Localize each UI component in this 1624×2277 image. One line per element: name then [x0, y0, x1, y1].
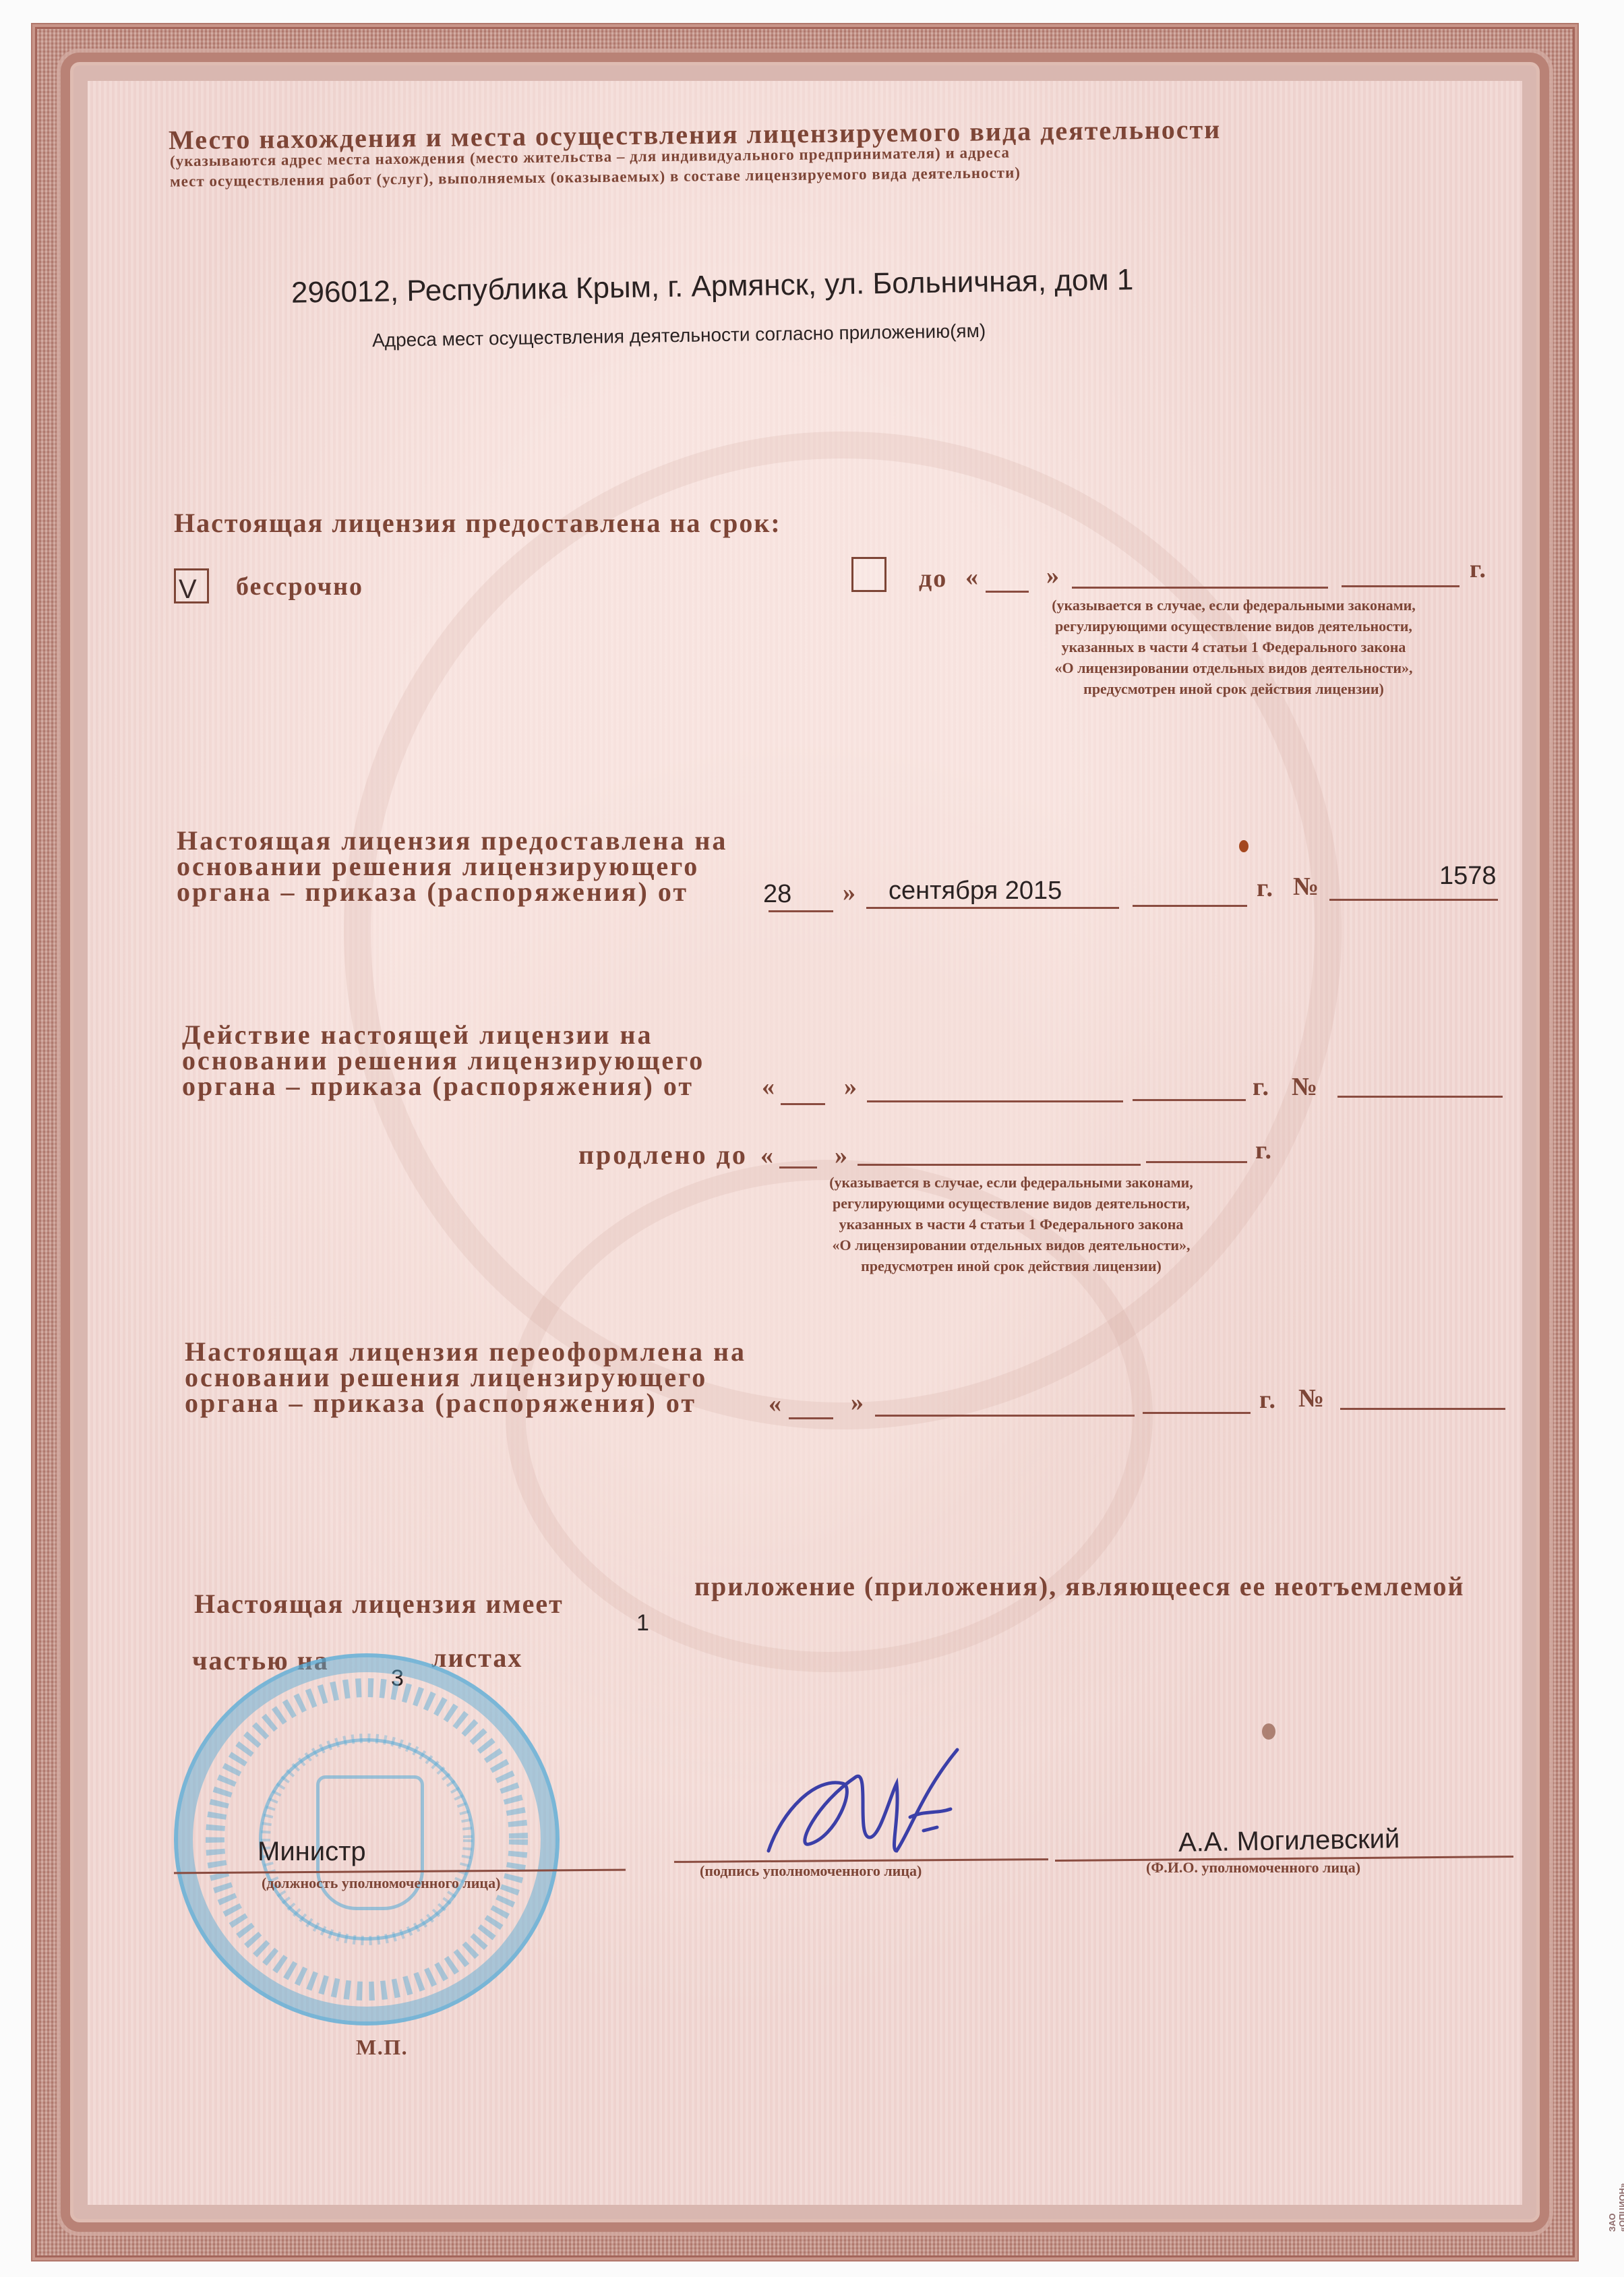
- basis-number-field[interactable]: [1329, 899, 1498, 901]
- renewal-month-field[interactable]: [867, 1100, 1123, 1102]
- until-month-field[interactable]: [1072, 587, 1328, 589]
- printer-imprint: ЗАО «ОПЦИОН», Новосибирск, 2014, «Б»: [1607, 2172, 1624, 2232]
- extended-note-line: предусмотрен иной срок действия лицензии…: [769, 1255, 1254, 1276]
- reissue-close-quote: »: [851, 1388, 865, 1417]
- handwritten-signature-icon: [755, 1736, 1052, 1871]
- reissue-year-suffix: г.: [1259, 1385, 1276, 1415]
- basis-day-field[interactable]: [769, 910, 833, 912]
- renewal-year-field[interactable]: [1133, 1099, 1246, 1101]
- unlimited-checkbox[interactable]: V: [174, 568, 209, 603]
- basis-label: Настоящая лицензия предоставлена на осно…: [177, 828, 727, 905]
- basis-year-field[interactable]: [1133, 905, 1247, 907]
- until-close-quote: »: [1046, 561, 1060, 591]
- until-note-line: (указывается в случае, если федеральными…: [991, 595, 1476, 616]
- extended-note-line: указанных в части 4 статьи 1 Федеральног…: [769, 1214, 1254, 1235]
- until-note-line: указанных в части 4 статьи 1 Федеральног…: [991, 637, 1476, 657]
- until-year-suffix: г.: [1470, 554, 1486, 584]
- extended-close-quote: »: [835, 1141, 849, 1171]
- basis-number-label: №: [1293, 872, 1320, 901]
- extended-year-suffix: г.: [1255, 1135, 1272, 1165]
- seal-label: М.П.: [356, 2035, 408, 2060]
- until-note: (указывается в случае, если федеральными…: [991, 595, 1476, 699]
- reissue-day-field[interactable]: [789, 1417, 833, 1419]
- until-year-field[interactable]: [1342, 585, 1460, 587]
- extended-note-line: «О лицензировании отдельных видов деятел…: [769, 1235, 1254, 1255]
- check-mark-icon: V: [179, 574, 197, 605]
- extended-note-line: регулирующими осуществление видов деятел…: [769, 1193, 1254, 1214]
- reissue-month-field[interactable]: [875, 1415, 1135, 1417]
- term-title: Настоящая лицензия предоставлена на срок…: [174, 507, 781, 539]
- basis-year-suffix: г.: [1257, 873, 1273, 903]
- basis-label-line: основании решения лицензирующего: [177, 854, 727, 879]
- extended-day-field[interactable]: [779, 1166, 817, 1169]
- renewal-number-field[interactable]: [1337, 1096, 1503, 1098]
- basis-day-value: 28: [763, 880, 791, 909]
- ink-spot: [1262, 1723, 1275, 1740]
- basis-month-field[interactable]: [866, 907, 1119, 909]
- until-note-line: «О лицензировании отдельных видов деятел…: [991, 657, 1476, 678]
- basis-month-year-value: сентября 2015: [889, 877, 1062, 906]
- renewal-number-label: №: [1292, 1072, 1319, 1102]
- basis-label-line: органа – приказа (распоряжения) от: [177, 879, 727, 905]
- until-open-quote: «: [965, 562, 980, 592]
- position-caption: (должность уполномоченного лица): [262, 1874, 500, 1892]
- renewal-label-line: органа – приказа (распоряжения) от: [182, 1073, 704, 1099]
- appendix-text-before: Настоящая лицензия имеет: [194, 1591, 564, 1617]
- reissue-number-field[interactable]: [1340, 1408, 1505, 1410]
- basis-close-quote: »: [843, 878, 857, 908]
- until-label: до: [919, 564, 947, 593]
- renewal-close-quote: »: [844, 1072, 858, 1102]
- reissue-label: Настоящая лицензия переоформлена на осно…: [185, 1339, 746, 1416]
- ink-spot: [1239, 840, 1249, 852]
- until-checkbox[interactable]: [851, 557, 886, 592]
- appendix-text-after: приложение (приложения), являющееся ее н…: [694, 1574, 1465, 1599]
- reissue-open-quote: «: [769, 1389, 783, 1419]
- basis-number-value: 1578: [1439, 862, 1497, 891]
- renewal-label-line: Действие настоящей лицензии на: [182, 1022, 704, 1048]
- appendix-count: 1: [636, 1610, 649, 1636]
- until-day-field[interactable]: [986, 591, 1029, 593]
- reissue-label-line: основании решения лицензирующего: [185, 1365, 746, 1390]
- extended-note-line: (указывается в случае, если федеральными…: [769, 1172, 1254, 1193]
- renewal-day-field[interactable]: [781, 1103, 825, 1105]
- extended-note: (указывается в случае, если федеральными…: [769, 1172, 1254, 1276]
- extended-label: продлено до: [578, 1142, 748, 1168]
- seal-ring-text-icon: [178, 1657, 555, 2021]
- reissue-label-line: органа – приказа (распоряжения) от: [185, 1390, 746, 1416]
- signer-name: А.А. Могилевский: [1178, 1824, 1400, 1858]
- renewal-open-quote: «: [762, 1072, 776, 1102]
- reissue-number-label: №: [1298, 1384, 1325, 1413]
- position-value: Министр: [258, 1837, 366, 1867]
- renewal-label: Действие настоящей лицензии на основании…: [182, 1022, 704, 1099]
- renewal-label-line: основании решения лицензирующего: [182, 1048, 704, 1073]
- signature-caption: (подпись уполномоченного лица): [700, 1862, 922, 1880]
- unlimited-label: бессрочно: [236, 572, 363, 601]
- extended-month-field[interactable]: [858, 1164, 1141, 1166]
- basis-label-line: Настоящая лицензия предоставлена на: [177, 828, 727, 854]
- until-note-line: регулирующими осуществление видов деятел…: [991, 616, 1476, 637]
- extended-year-field[interactable]: [1146, 1161, 1247, 1163]
- renewal-year-suffix: г.: [1253, 1072, 1269, 1102]
- official-seal: [174, 1653, 560, 2025]
- extended-open-quote: «: [760, 1141, 775, 1171]
- name-caption: (Ф.И.О. уполномоченного лица): [1146, 1859, 1360, 1876]
- reissue-label-line: Настоящая лицензия переоформлена на: [185, 1339, 746, 1365]
- until-note-line: предусмотрен иной срок действия лицензии…: [991, 678, 1476, 699]
- reissue-year-field[interactable]: [1143, 1412, 1251, 1414]
